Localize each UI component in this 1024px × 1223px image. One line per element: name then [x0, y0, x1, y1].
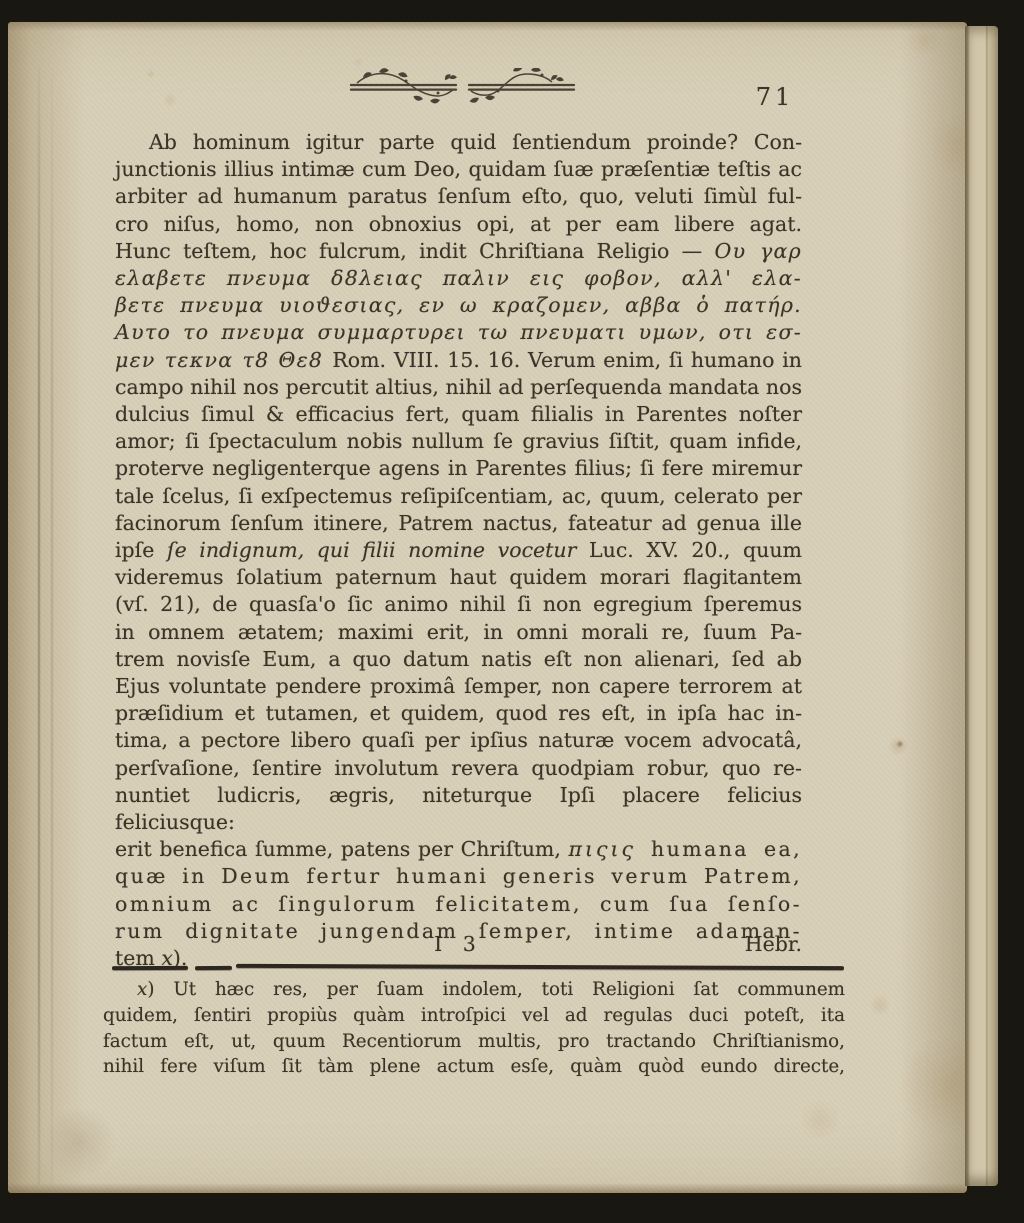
text-line: arbiter ad humanum paratus ſenſum eſto, … [115, 183, 802, 210]
text-line: Ejus voluntate pendere proximâ ſemper, n… [115, 673, 802, 700]
floral-rule-icon [345, 68, 580, 106]
text-segment: Hunc teſtem, hoc fulcrum, indit Chriſtia… [115, 239, 714, 263]
text-segment: trem novisſe Eum, a quo datum natis eſt … [115, 647, 802, 671]
text-line: (vſ. 21), de quasſa'o ſic animo nihil ſi… [115, 591, 802, 618]
text-segment: βετε πνευμα υιοϑεσιας, εν ω κραζομεν, αβ… [115, 293, 802, 317]
text-line: tale ſcelus, ſi exſpectemus reſipiſcenti… [115, 483, 802, 510]
text-segment: erit benefica ſumme, patens per Chriſtum… [115, 837, 568, 861]
text-line: junctionis illius intimæ cum Deo, quidam… [115, 156, 802, 183]
text-line: in omnem ætatem; maximi erit, in omni mo… [115, 619, 802, 646]
gutter-crease [51, 68, 53, 1185]
text-segment: nihil fere viſum ſit tàm plene actum esſ… [103, 1056, 845, 1077]
text-segment: (vſ. 21), de quasſa'o ſic animo nihil ſi… [115, 592, 802, 616]
text-segment: facinorum ſenſum itinere, Patrem nactus,… [115, 511, 802, 535]
text-segment: πιςις [568, 837, 636, 861]
text-line: dulcius ſimul & efficacius fert, quam fi… [115, 401, 802, 428]
text-line: quæ in Deum fertur humani generis verum … [115, 863, 802, 890]
text-segment: proterve negligenterque agens in Parente… [115, 456, 802, 480]
text-segment: quæ in Deum fertur humani generis verum … [115, 864, 802, 888]
signature-line: I 3 Hebr. [115, 931, 802, 958]
text-line: omnium ac ſingulorum felicitatem, cum ſu… [115, 891, 802, 918]
text-line: facinorum ſenſum itinere, Patrem nactus,… [115, 510, 802, 537]
footnote-rule [112, 966, 188, 970]
headpiece-ornament [345, 68, 580, 106]
text-segment: videremus ſolatium paternum haut quidem … [115, 565, 802, 589]
catchword: Hebr. [745, 931, 802, 958]
text-segment: μεν τεκνα τ8 Θε8 [115, 348, 332, 372]
text-line: quidem, ſentiri propiùs quàm introſpici … [103, 1003, 845, 1029]
footnote-rule [195, 966, 232, 970]
text-line: factum eſt, ut, quum Recentiorum multis,… [103, 1029, 845, 1055]
text-segment: omnium ac ſingulorum felicitatem, cum ſu… [115, 892, 802, 916]
book-scan: 71 Ab hominum igitur parte quid ſentiend… [0, 0, 1024, 1223]
text-segment: nuntiet ludicris, ægris, niteturque Ipſi… [115, 783, 802, 834]
text-line: videremus ſolatium paternum haut quidem … [115, 564, 802, 591]
text-line: proterve negligenterque agens in Parente… [115, 455, 802, 482]
text-segment: Αυτο το πνευμα συμμαρτυρει τω πνευματι υ… [115, 320, 802, 344]
text-segment: junctionis illius intimæ cum Deo, quidam… [115, 157, 802, 181]
text-segment: Rom. VIII. 15. 16. Verum enim, ſi humano… [332, 348, 802, 372]
text-line: amor; ſi ſpectaculum nobis nullum ſe gra… [115, 428, 802, 455]
text-line: campo nihil nos percutit altius, nihil a… [115, 374, 802, 401]
text-segment: arbiter ad humanum paratus ſenſum eſto, … [115, 184, 802, 208]
text-segment: in omnem ætatem; maximi erit, in omni mo… [115, 620, 802, 644]
text-line: cro niſus, homo, non obnoxius opi, at pe… [115, 211, 802, 238]
text-segment: tima, a pectore libero quaſi per ipſius … [115, 728, 802, 752]
text-line: x) Ut hæc res, per ſuam indolem, toti Re… [103, 977, 845, 1003]
text-line: erit benefica ſumme, patens per Chriſtum… [115, 836, 802, 863]
text-segment: amor; ſi ſpectaculum nobis nullum ſe gra… [115, 429, 802, 453]
text-segment: perſvaſione, ſentire involutum revera qu… [115, 756, 802, 780]
text-segment: humana ea, [636, 837, 802, 861]
text-segment: tale ſcelus, ſi exſpectemus reſipiſcenti… [115, 484, 802, 508]
text-line: ελαβετε πνευμα δ8λειας παλιν εις φοβον, … [115, 265, 802, 292]
text-segment: Ejus voluntate pendere proximâ ſemper, n… [115, 674, 802, 698]
text-segment: quidem, ſentiri propiùs quàm introſpici … [103, 1005, 845, 1026]
signature-mark: I 3 [115, 931, 802, 958]
text-segment: Ου γαρ [714, 239, 802, 263]
text-segment: Ab hominum igitur parte quid ſentiendum … [149, 130, 802, 154]
text-segment: præſidium et tutamen, et quidem, quod re… [115, 701, 802, 725]
text-segment: x [137, 979, 147, 1000]
text-line: μεν τεκνα τ8 Θε8 Rom. VIII. 15. 16. Veru… [115, 347, 802, 374]
text-segment: ) Ut hæc res, per ſuam indolem, toti Rel… [147, 979, 845, 1000]
body-text: Ab hominum igitur parte quid ſentiendum … [115, 129, 802, 972]
text-line: tima, a pectore libero quaſi per ipſius … [115, 727, 802, 754]
text-segment: dulcius ſimul & efficacius fert, quam fi… [115, 402, 802, 426]
text-segment: ſe indignum, qui filii nomine vocetur [167, 538, 576, 562]
text-segment: factum eſt, ut, quum Recentiorum multis,… [103, 1031, 845, 1052]
text-line: trem novisſe Eum, a quo datum natis eſt … [115, 646, 802, 673]
text-line: præſidium et tutamen, et quidem, quod re… [115, 700, 802, 727]
text-line: ipſe ſe indignum, qui filii nomine vocet… [115, 537, 802, 564]
footnote-text: x) Ut hæc res, per ſuam indolem, toti Re… [103, 977, 845, 1080]
text-line: nihil fere viſum ſit tàm plene actum esſ… [103, 1054, 845, 1080]
text-segment: cro niſus, homo, non obnoxius opi, at pe… [115, 212, 802, 236]
text-line: perſvaſione, ſentire involutum revera qu… [115, 755, 802, 782]
text-segment: campo nihil nos percutit altius, nihil a… [115, 375, 802, 399]
page-number: 71 [748, 84, 802, 110]
underlying-page-edge [965, 26, 998, 1186]
text-segment: ipſe [115, 538, 167, 562]
text-line: nuntiet ludicris, ægris, niteturque Ipſi… [115, 782, 802, 836]
text-segment: ελαβετε πνευμα δ8λειας παλιν εις φοβον, … [115, 266, 802, 290]
text-segment: Luc. XV. 20., quum [576, 538, 802, 562]
gutter-crease [38, 68, 40, 1185]
text-line: βετε πνευμα υιοϑεσιας, εν ω κραζομεν, αβ… [115, 292, 802, 319]
text-line: Hunc teſtem, hoc fulcrum, indit Chriſtia… [115, 238, 802, 265]
text-line: Ab hominum igitur parte quid ſentiendum … [115, 129, 802, 156]
text-line: Αυτο το πνευμα συμμαρτυρει τω πνευματι υ… [115, 319, 802, 346]
